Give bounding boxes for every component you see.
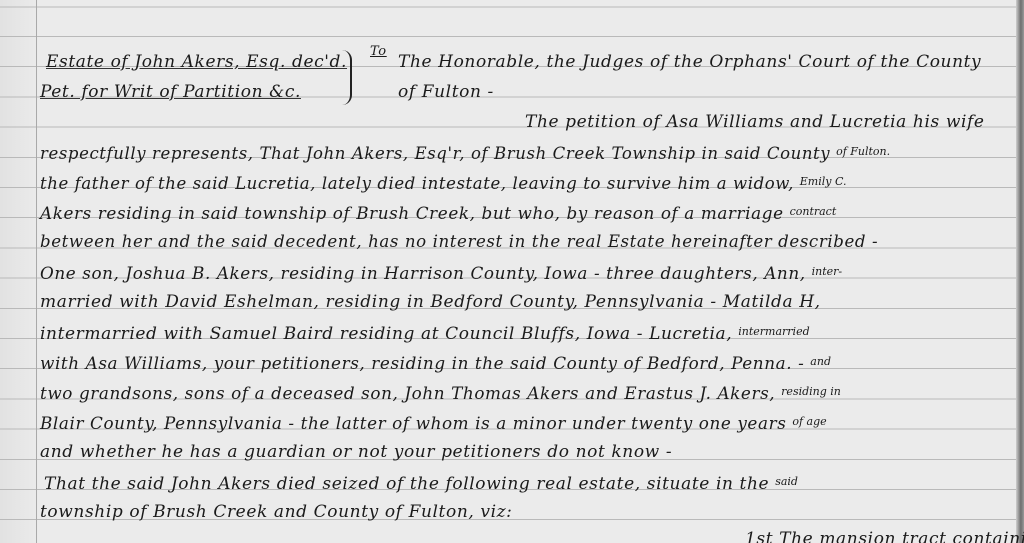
body-line-4: Akers residing in said township of Brush… <box>40 200 836 225</box>
margin-line <box>36 0 37 543</box>
margin-heading-estate: Estate of John Akers, Esq. dec'd. <box>46 50 347 74</box>
body-line-14: township of Brush Creek and County of Fu… <box>40 500 513 524</box>
margin-heading-petition: Pet. for Writ of Partition &c. <box>40 80 301 104</box>
body-line-13: That the said John Akers died seized of … <box>44 470 798 496</box>
address-line-2: of Fulton - <box>398 80 494 104</box>
body-line-8: intermarried with Samuel Baird residing … <box>40 320 810 346</box>
body-line-11: Blair County, Pennsylvania - the latter … <box>40 410 827 435</box>
body-line-9: with Asa Williams, your petitioners, res… <box>40 350 831 375</box>
body-line-10: two grandsons, sons of a deceased son, J… <box>40 380 841 405</box>
body-line-5: between her and the said decedent, has n… <box>40 230 878 254</box>
to-label: To <box>370 40 387 64</box>
body-line-7: married with David Eshelman, residing in… <box>40 290 821 314</box>
body-line-6: One son, Joshua B. Akers, residing in Ha… <box>40 260 842 285</box>
body-line-1: The petition of Asa Williams and Lucreti… <box>525 110 985 134</box>
brace-symbol <box>340 50 352 105</box>
address-line-1: The Honorable, the Judges of the Orphans… <box>398 50 981 74</box>
body-line-12: and whether he has a guardian or not you… <box>40 440 672 464</box>
body-line-2: respectfully represents, That John Akers… <box>40 140 890 166</box>
ledger-page: Estate of John Akers, Esq. dec'd. Pet. f… <box>0 0 1024 543</box>
body-line-3: the father of the said Lucretia, lately … <box>40 170 847 196</box>
body-line-15: 1st The mansion tract containing two <box>745 527 1024 543</box>
page-binding-edge <box>1016 0 1024 543</box>
